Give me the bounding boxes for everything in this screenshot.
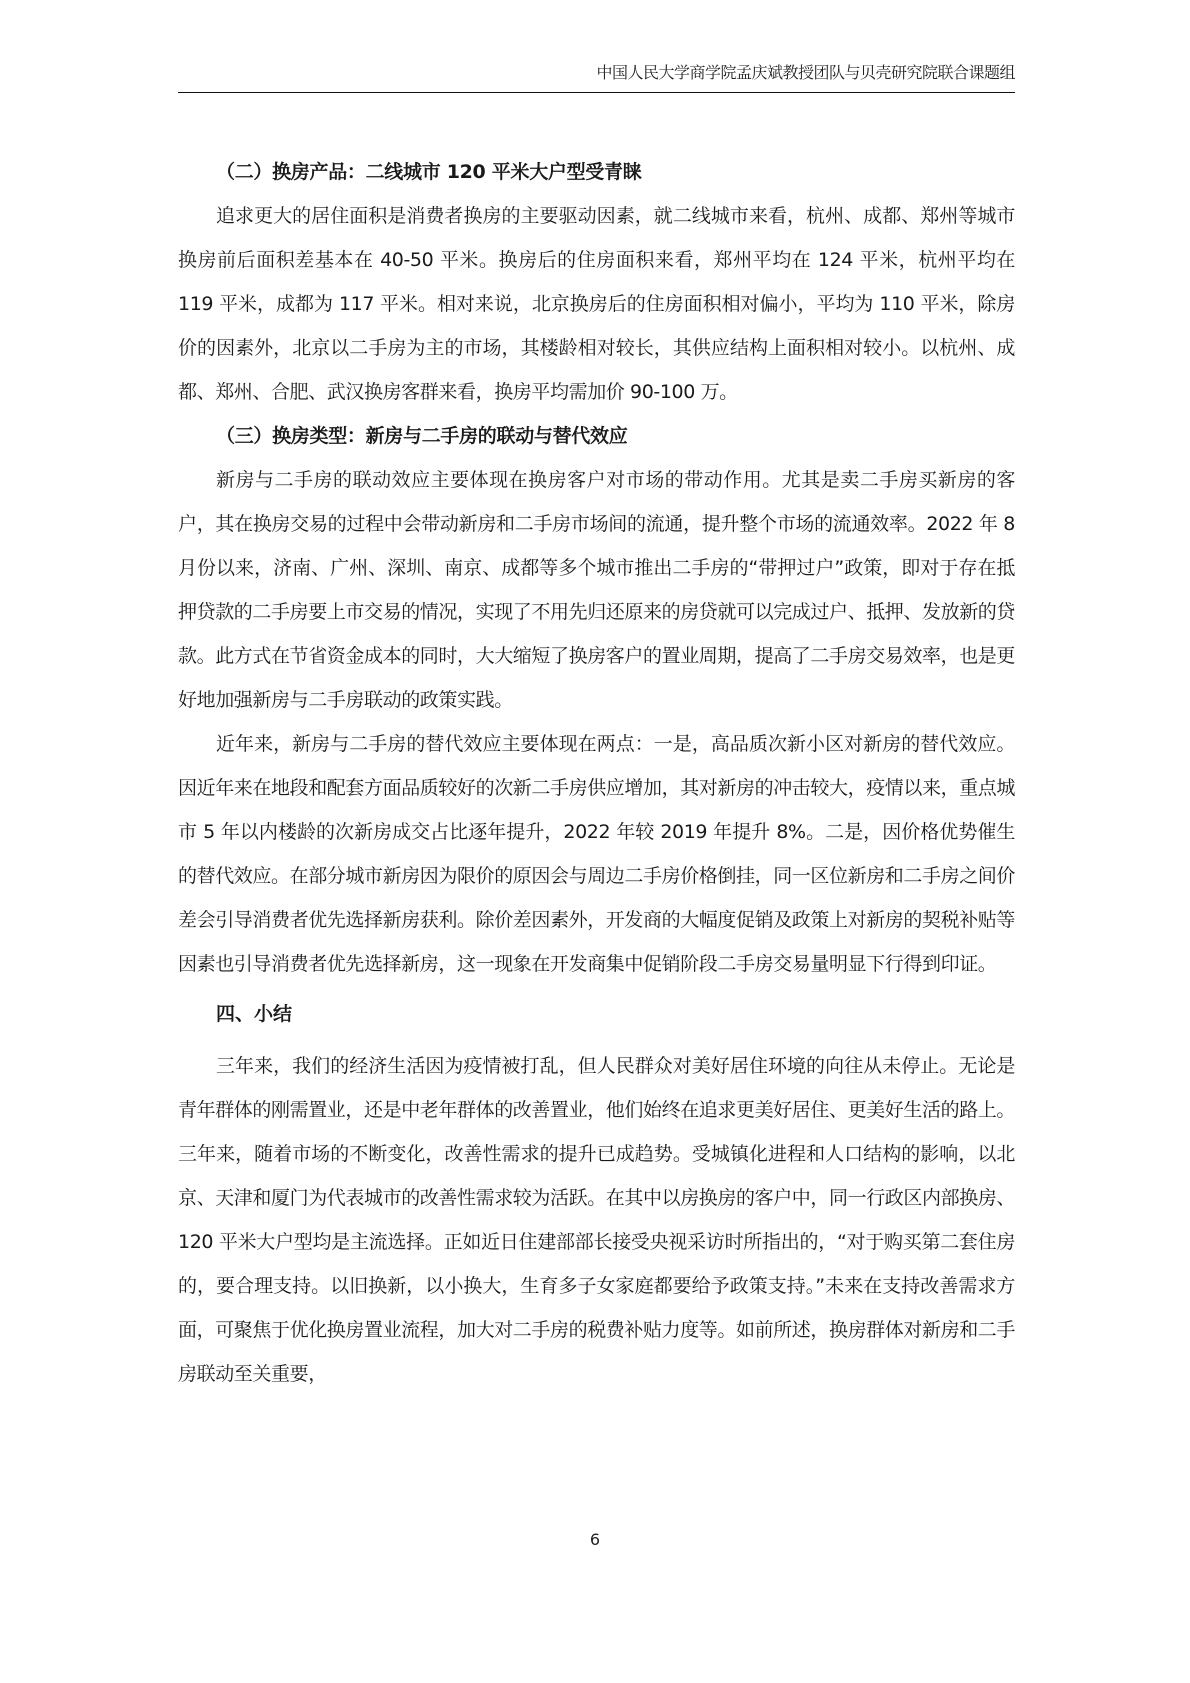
section-heading-summary: 四、小结 — [178, 992, 1015, 1036]
running-header: 中国人民大学商学院孟庆斌教授团队与贝壳研究院联合课题组 — [178, 60, 1015, 93]
paragraph-exchange-product: 追求更大的居住面积是消费者换房的主要驱动因素，就二线城市来看，杭州、成都、郑州等… — [178, 194, 1015, 414]
page-number: 6 — [0, 1530, 1190, 1549]
paragraph-linkage-effect: 新房与二手房的联动效应主要体现在换房客户对市场的带动作用。尤其是卖二手房买新房的… — [178, 458, 1015, 722]
section-heading-exchange-type: （三）换房类型：新房与二手房的联动与替代效应 — [178, 414, 1015, 458]
header-title: 中国人民大学商学院孟庆斌教授团队与贝壳研究院联合课题组 — [596, 63, 1015, 82]
paragraph-summary: 三年来，我们的经济生活因为疫情被打乱，但人民群众对美好居住环境的向往从未停止。无… — [178, 1044, 1015, 1396]
document-body: （二）换房产品：二线城市 120 平米大户型受青睐 追求更大的居住面积是消费者换… — [178, 150, 1015, 1396]
paragraph-substitution-effect: 近年来，新房与二手房的替代效应主要体现在两点：一是，高品质次新小区对新房的替代效… — [178, 722, 1015, 986]
section-heading-exchange-product: （二）换房产品：二线城市 120 平米大户型受青睐 — [178, 150, 1015, 194]
